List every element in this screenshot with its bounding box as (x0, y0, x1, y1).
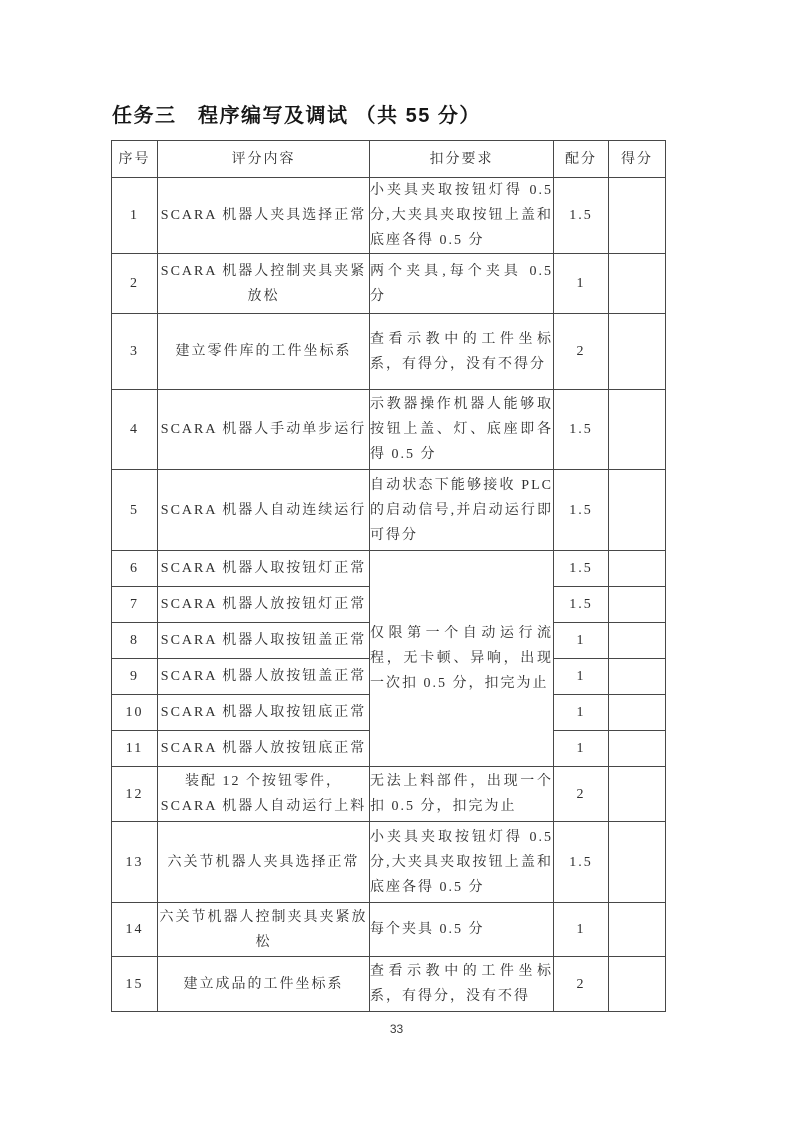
row-no: 10 (112, 695, 158, 731)
header-points: 配分 (554, 141, 609, 178)
row-content: SCARA 机器人控制夹具夹紧放松 (158, 254, 370, 314)
header-score: 得分 (609, 141, 666, 178)
header-content: 评分内容 (158, 141, 370, 178)
row-no: 2 (112, 254, 158, 314)
row-no: 6 (112, 551, 158, 587)
row-requirement: 自动状态下能够接收 PLC 的启动信号,并启动运行即可得分 (370, 470, 554, 551)
row-content: SCARA 机器人自动连续运行 (158, 470, 370, 551)
table-row: 13 六关节机器人夹具选择正常 小夹具夹取按钮灯得 0.5 分,大夹具夹取按钮上… (112, 822, 666, 903)
table-row: 6 SCARA 机器人取按钮灯正常 仅限第一个自动运行流程，无卡顿、异响，出现一… (112, 551, 666, 587)
table-header-row: 序号 评分内容 扣分要求 配分 得分 (112, 141, 666, 178)
row-score (609, 659, 666, 695)
row-score (609, 623, 666, 659)
row-score (609, 551, 666, 587)
row-score (609, 731, 666, 767)
row-content: 建立零件库的工件坐标系 (158, 314, 370, 390)
row-points: 1 (554, 623, 609, 659)
row-points: 2 (554, 314, 609, 390)
row-content: 六关节机器人控制夹具夹紧放松 (158, 903, 370, 957)
row-content: SCARA 机器人手动单步运行 (158, 390, 370, 470)
row-content: SCARA 机器人夹具选择正常 (158, 178, 370, 254)
row-content: SCARA 机器人取按钮灯正常 (158, 551, 370, 587)
row-no: 9 (112, 659, 158, 695)
row-points: 1.5 (554, 390, 609, 470)
row-requirement: 小夹具夹取按钮灯得 0.5 分,大夹具夹取按钮上盖和底座各得 0.5 分 (370, 822, 554, 903)
table-row: 2 SCARA 机器人控制夹具夹紧放松 两个夹具,每个夹具 0.5 分 1 (112, 254, 666, 314)
row-points: 1.5 (554, 587, 609, 623)
row-content: 六关节机器人夹具选择正常 (158, 822, 370, 903)
row-no: 14 (112, 903, 158, 957)
row-requirement: 每个夹具 0.5 分 (370, 903, 554, 957)
row-score (609, 254, 666, 314)
row-no: 12 (112, 767, 158, 822)
row-requirement: 查看示教中的工件坐标系，有得分，没有不得分 (370, 314, 554, 390)
document-page: 任务三 程序编写及调试 （共 55 分） 序号 评分内容 扣分要求 配分 得分 … (0, 0, 793, 1122)
table-row: 4 SCARA 机器人手动单步运行 示教器操作机器人能够取按钮上盖、灯、底座即各… (112, 390, 666, 470)
row-requirement: 两个夹具,每个夹具 0.5 分 (370, 254, 554, 314)
row-no: 8 (112, 623, 158, 659)
row-content: SCARA 机器人取按钮盖正常 (158, 623, 370, 659)
row-points: 2 (554, 957, 609, 1012)
row-points: 1 (554, 731, 609, 767)
table-row: 15 建立成品的工件坐标系 查看示教中的工件坐标系，有得分，没有不得 2 (112, 957, 666, 1012)
row-no: 4 (112, 390, 158, 470)
row-points: 1 (554, 695, 609, 731)
row-no: 5 (112, 470, 158, 551)
row-points: 1.5 (554, 178, 609, 254)
row-no: 7 (112, 587, 158, 623)
row-content: 建立成品的工件坐标系 (158, 957, 370, 1012)
row-score (609, 587, 666, 623)
table-row: 14 六关节机器人控制夹具夹紧放松 每个夹具 0.5 分 1 (112, 903, 666, 957)
scoring-table: 序号 评分内容 扣分要求 配分 得分 1 SCARA 机器人夹具选择正常 小夹具… (111, 140, 666, 1012)
header-no: 序号 (112, 141, 158, 178)
row-content: SCARA 机器人取按钮底正常 (158, 695, 370, 731)
header-requirement: 扣分要求 (370, 141, 554, 178)
page-number: 33 (0, 1022, 793, 1036)
row-content: SCARA 机器人放按钮灯正常 (158, 587, 370, 623)
merged-requirement-cell: 仅限第一个自动运行流程，无卡顿、异响，出现一次扣 0.5 分，扣完为止 (370, 551, 554, 767)
page-title: 任务三 程序编写及调试 （共 55 分） (112, 99, 481, 128)
row-content: SCARA 机器人放按钮盖正常 (158, 659, 370, 695)
row-points: 1 (554, 254, 609, 314)
row-points: 1 (554, 659, 609, 695)
row-no: 1 (112, 178, 158, 254)
row-requirement: 无法上料部件，出现一个扣 0.5 分，扣完为止 (370, 767, 554, 822)
row-score (609, 767, 666, 822)
row-score (609, 695, 666, 731)
row-content: 装配 12 个按钮零件，SCARA 机器人自动运行上料 (158, 767, 370, 822)
row-points: 1 (554, 903, 609, 957)
row-score (609, 390, 666, 470)
row-points: 1.5 (554, 822, 609, 903)
row-points: 1.5 (554, 551, 609, 587)
row-requirement: 小夹具夹取按钮灯得 0.5 分,大夹具夹取按钮上盖和底座各得 0.5 分 (370, 178, 554, 254)
row-points: 1.5 (554, 470, 609, 551)
row-no: 11 (112, 731, 158, 767)
table-row: 5 SCARA 机器人自动连续运行 自动状态下能够接收 PLC 的启动信号,并启… (112, 470, 666, 551)
row-no: 13 (112, 822, 158, 903)
row-score (609, 314, 666, 390)
row-score (609, 470, 666, 551)
row-score (609, 903, 666, 957)
row-points: 2 (554, 767, 609, 822)
row-score (609, 822, 666, 903)
row-requirement: 查看示教中的工件坐标系，有得分，没有不得 (370, 957, 554, 1012)
row-requirement: 示教器操作机器人能够取按钮上盖、灯、底座即各得 0.5 分 (370, 390, 554, 470)
table-row: 3 建立零件库的工件坐标系 查看示教中的工件坐标系，有得分，没有不得分 2 (112, 314, 666, 390)
row-no: 3 (112, 314, 158, 390)
table-row: 12 装配 12 个按钮零件，SCARA 机器人自动运行上料 无法上料部件，出现… (112, 767, 666, 822)
table-row: 1 SCARA 机器人夹具选择正常 小夹具夹取按钮灯得 0.5 分,大夹具夹取按… (112, 178, 666, 254)
row-content: SCARA 机器人放按钮底正常 (158, 731, 370, 767)
row-score (609, 957, 666, 1012)
row-no: 15 (112, 957, 158, 1012)
row-score (609, 178, 666, 254)
